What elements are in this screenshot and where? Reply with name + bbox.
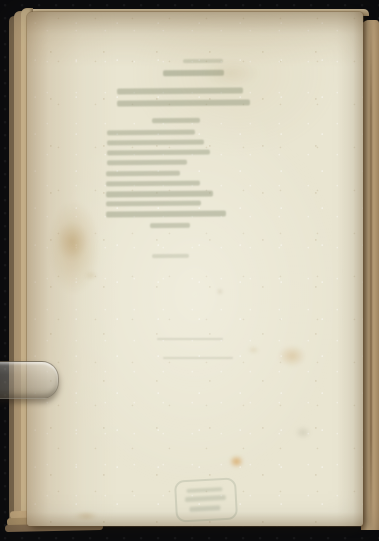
stamp-text-line <box>186 487 222 493</box>
book-page <box>27 12 363 526</box>
scan-canvas <box>0 0 379 541</box>
underlying-page-edge <box>361 20 379 530</box>
transparent-clip <box>0 361 59 399</box>
stamp-text-line <box>185 495 226 502</box>
ghost-stamp <box>174 477 238 522</box>
page-shading <box>27 12 363 526</box>
page-crease-line <box>370 20 372 530</box>
stamp-text-line <box>189 505 220 512</box>
